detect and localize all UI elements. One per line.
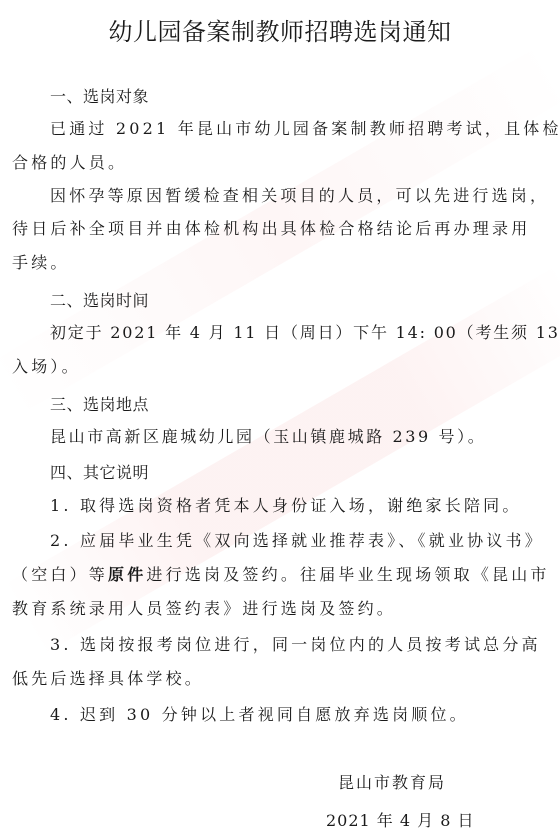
paragraph-line: 初定于 2021 年 4 月 11 日（周日）下午 14: 00（考生须 13:… xyxy=(50,320,560,343)
issue-date: 2021 年 4 月 8 日 xyxy=(326,808,475,831)
paragraph-line: 入场）。 xyxy=(12,354,81,377)
paragraph-line: 已通过 2021 年昆山市幼儿园备案制教师招聘考试，且体检 xyxy=(50,116,560,139)
section-heading-notes: 四、其它说明 xyxy=(50,460,149,483)
section-heading-time: 二、选岗时间 xyxy=(50,288,149,311)
section-heading-location: 三、选岗地点 xyxy=(50,392,149,415)
paragraph-line: 手续。 xyxy=(12,250,70,273)
note-item-4: 4. 迟到 30 分钟以上者视同自愿放弃选岗顺位。 xyxy=(50,702,469,725)
paragraph-line: （空白）等原件进行选岗及签约。往届毕业生现场领取《昆山市 xyxy=(12,562,550,585)
note-item-2: 2. 应届毕业生凭《双向选择就业推荐表》、《就业协议书》 xyxy=(50,528,544,551)
note-item-3: 3. 选岗按报考岗位进行，同一岗位内的人员按考试总分高 xyxy=(50,632,541,655)
document-title: 幼儿园备案制教师招聘选岗通知 xyxy=(0,12,560,47)
section-heading-targets: 一、选岗对象 xyxy=(50,84,149,107)
paragraph-line: 昆山市高新区鹿城幼儿园（玉山镇鹿城路 239 号）。 xyxy=(50,424,486,447)
paragraph-line: 低先后选择具体学校。 xyxy=(12,666,204,689)
paragraph-line: 待日后补全项目并由体检机构出具体检合格结论后再办理录用 xyxy=(12,216,530,239)
paragraph-line: 合格的人员。 xyxy=(12,150,127,173)
paragraph-line: 教育系统录用人员签约表》进行选岗及签约。 xyxy=(12,596,396,619)
note-item-1: 1. 取得选岗资格者凭本人身份证入场，谢绝家长陪同。 xyxy=(50,493,522,516)
issuer-name: 昆山市教育局 xyxy=(338,770,446,793)
paragraph-line: 因怀孕等原因暂缓检查相关项目的人员，可以先进行选岗， xyxy=(50,183,549,206)
bold-emphasis: 原件 xyxy=(108,565,146,584)
